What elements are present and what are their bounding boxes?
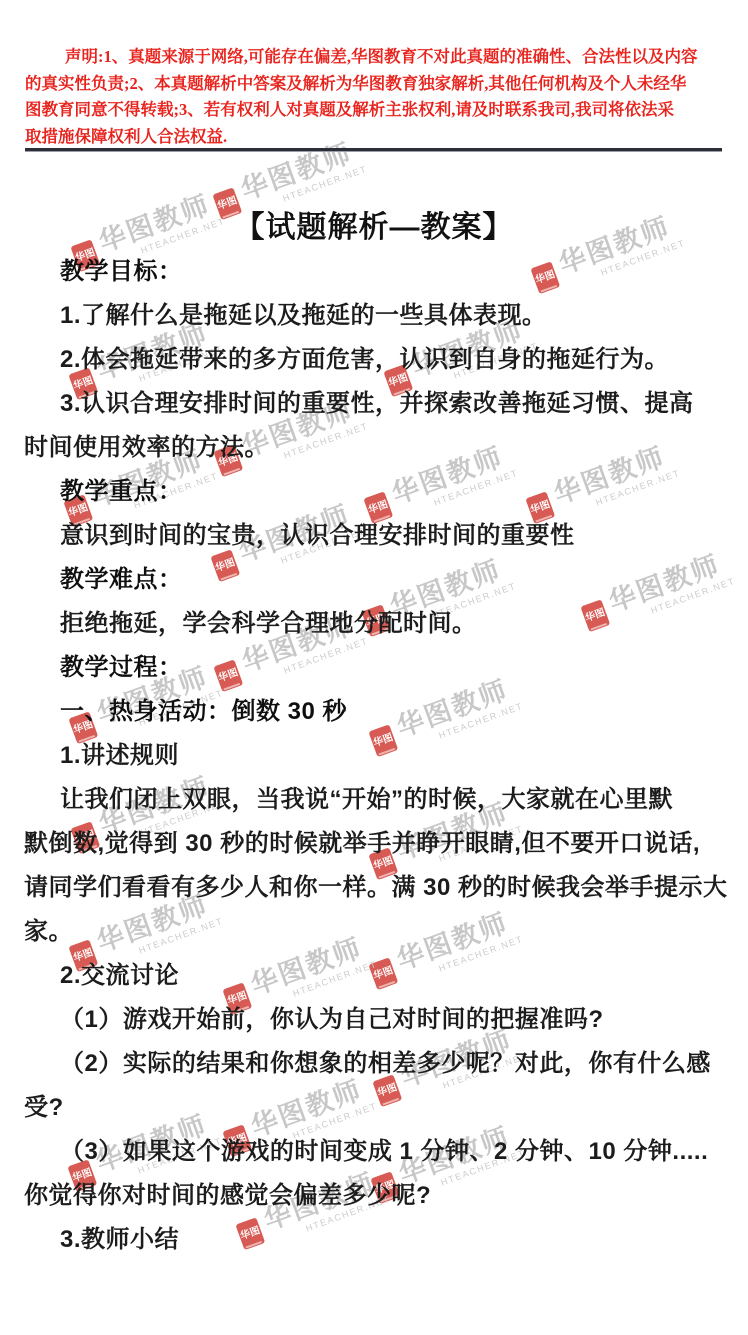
body-line: （2）实际的结果和你想象的相差多少呢？对此，你有什么感: [24, 1042, 724, 1086]
body-line: 你觉得你对时间的感觉会偏差多少呢?: [24, 1174, 724, 1218]
body-line: （3）如果这个游戏的时间变成 1 分钟、2 分钟、10 分钟.....: [24, 1130, 724, 1174]
body-line: （1）游戏开始前，你认为自己对时间的把握准吗?: [24, 998, 724, 1042]
body-line: 3.教师小结: [24, 1218, 724, 1262]
body-heading-line: 教学难点：: [24, 558, 724, 602]
body-heading-line: 一、热身活动：倒数 30 秒: [24, 690, 724, 734]
body-line: 1.讲述规则: [24, 734, 724, 778]
disclaimer-line: 声明:1、真题来源于网络,可能存在偏差,华图教育不对此真题的准确性、合法性以及内…: [25, 44, 725, 71]
body-line: 受?: [24, 1086, 724, 1130]
body-line: 意识到时间的宝贵，认识合理安排时间的重要性: [24, 514, 724, 558]
page-title: 【试题解析—教案】: [0, 202, 748, 246]
body-line: 2.交流讨论: [24, 954, 724, 998]
body-heading-line: 教学重点：: [24, 470, 724, 514]
body-line: 请同学们看看有多少人和你一样。满 30 秒的时候我会举手提示大: [24, 866, 724, 910]
body-line: 拒绝拖延，学会科学合理地分配时间。: [24, 602, 724, 646]
body-line: 默倒数,觉得到 30 秒的时候就举手并睁开眼睛,但不要开口说话,: [24, 822, 724, 866]
disclaimer-label: 声明:: [65, 47, 104, 66]
body-line: 让我们闭上双眼，当我说“开始”的时候，大家就在心里默: [24, 778, 724, 822]
lesson-plan-body: 教学目标：1.了解什么是拖延以及拖延的一些具体表现。2.体会拖延带来的多方面危害…: [24, 250, 724, 1262]
body-heading-line: 教学目标：: [24, 250, 724, 294]
header-divider: [25, 148, 722, 152]
document-content: 声明:1、真题来源于网络,可能存在偏差,华图教育不对此真题的准确性、合法性以及内…: [0, 0, 748, 1335]
disclaimer-line: 取措施保障权利人合法权益.: [25, 124, 725, 151]
body-line: 家。: [24, 910, 724, 954]
document-page: 华图华图教师HTEACHER.NET华图华图教师HTEACHER.NET华图华图…: [0, 0, 748, 1335]
body-line: 1.了解什么是拖延以及拖延的一些具体表现。: [24, 294, 724, 338]
body-line: 2.体会拖延带来的多方面危害，认识到自身的拖延行为。: [24, 338, 724, 382]
body-line: 时间使用效率的方法。: [24, 426, 724, 470]
disclaimer-block: 声明:1、真题来源于网络,可能存在偏差,华图教育不对此真题的准确性、合法性以及内…: [25, 44, 725, 150]
disclaimer-line: 图教育同意不得转载;3、若有权利人对真题及解析主张权利,请及时联系我司,我司将依…: [25, 97, 725, 124]
disclaimer-line: 的真实性负责;2、本真题解析中答案及解析为华图教育独家解析,其他任何机构及个人未…: [25, 71, 725, 98]
body-line: 3.认识合理安排时间的重要性，并探索改善拖延习惯、提高: [24, 382, 724, 426]
body-heading-line: 教学过程：: [24, 646, 724, 690]
